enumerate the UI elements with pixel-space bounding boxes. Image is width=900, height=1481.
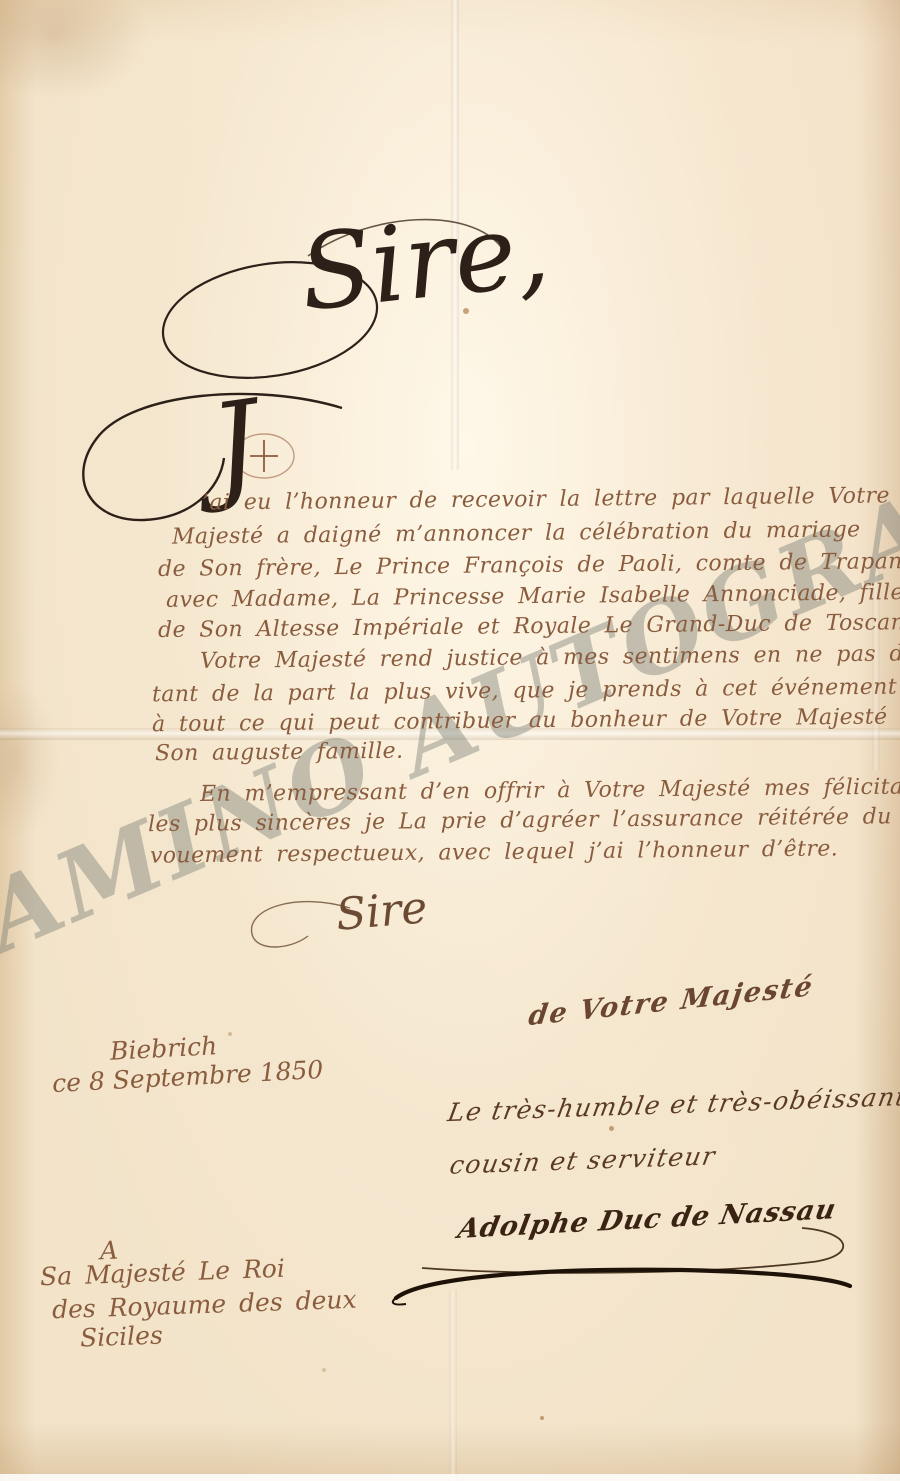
foxing-speck [540,1416,544,1420]
valediction-flourish [238,890,358,960]
signature-flourish [382,1216,862,1326]
salutation-calligraphy: Sire, [294,187,554,334]
foxing-speck [609,1126,614,1131]
scan-edge [0,1474,900,1481]
closing-line: cousin et serviteur [448,1141,719,1179]
body-line: tant de la part la plus vive, que je pre… [152,674,900,708]
foxing-speck [322,1368,326,1372]
recipient-line: des Royaume des deux [52,1285,357,1325]
edge-stain [0,680,60,840]
closing-line: de Votre Majesté [527,971,816,1033]
body-line: Son auguste famille. [155,739,404,767]
foxing-speck [228,1032,232,1036]
recipient-line: Siciles [80,1321,164,1353]
corner-stain [0,0,150,100]
closing-line: Le très-humble et très-obéissant [446,1082,900,1127]
dateline-date: ce 8 Septembre 1850 [51,1055,324,1098]
body-line: Votre Majesté rend justice à mes sentime… [200,641,900,674]
letter-scan: TAMINO AUTOGRAPHS Sire, J ’ai eu l’honne… [0,0,900,1481]
recipient-line: Sa Majesté Le Roi [40,1254,286,1292]
